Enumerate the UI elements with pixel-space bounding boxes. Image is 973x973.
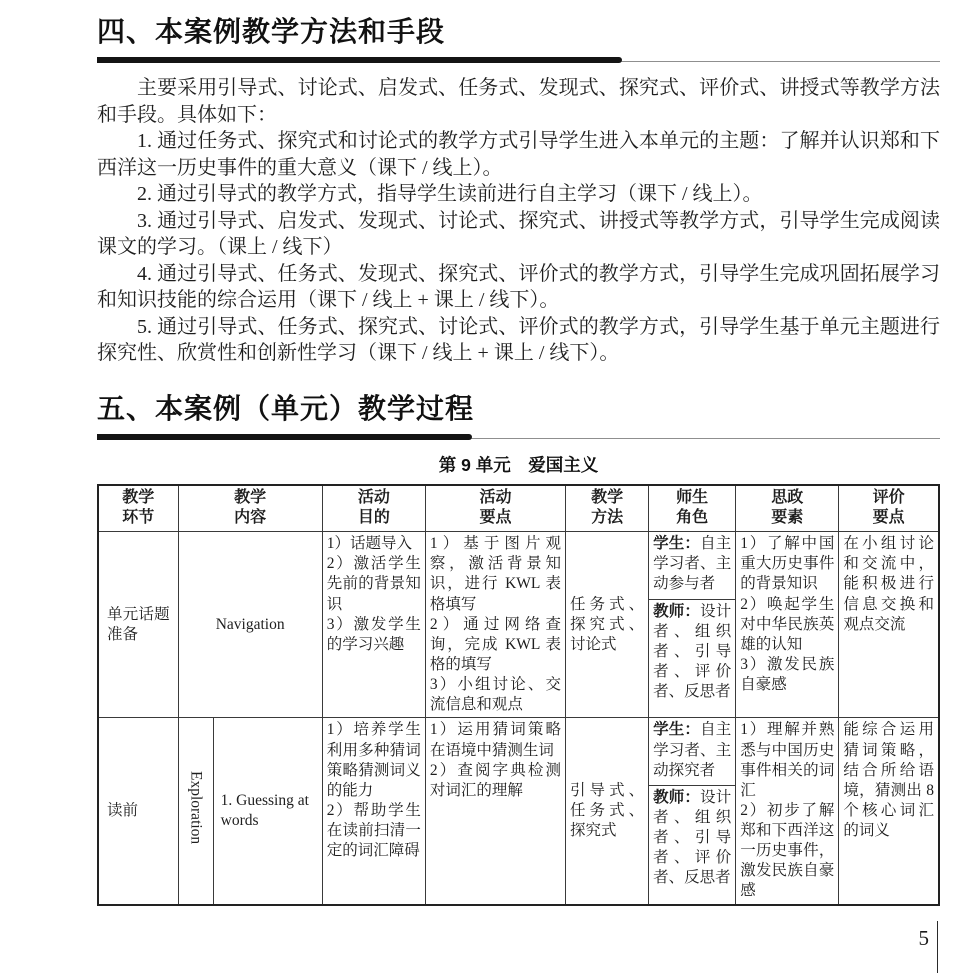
role-student: 学生：自主学习者、主动探究者	[649, 718, 735, 785]
cell-ideology: 1）了解中国重大历史事件的背景知识 2）唤起学生对中华民族英雄的认知 3）激发民…	[736, 532, 839, 718]
cell-methods: 引导式、任务式、探究式	[566, 718, 649, 905]
header-stage: 教学 环节	[98, 485, 178, 532]
document-page: 四、本案例教学方法和手段 主要采用引导式、讨论式、启发式、任务式、发现式、探究式…	[0, 0, 973, 973]
cell-evaluation: 在小组讨论和交流中，能积极进行信息交换和观点交流	[839, 532, 939, 718]
page-number: 5	[919, 926, 930, 951]
header-methods: 教学 方法	[566, 485, 649, 532]
header-evaluation: 评价 要点	[839, 485, 939, 532]
cell-methods: 任务式、探究式、讨论式	[566, 532, 649, 718]
page-content: 四、本案例教学方法和手段 主要采用引导式、讨论式、启发式、任务式、发现式、探究式…	[97, 14, 940, 906]
section4-paragraph-intro: 主要采用引导式、讨论式、启发式、任务式、发现式、探究式、评价式、讲授式等教学方法…	[97, 75, 940, 128]
cell-stage: 单元话题准备	[98, 532, 178, 718]
cell-content: 1. Guessing at words	[213, 718, 322, 905]
role-student-label: 学生：	[653, 535, 700, 552]
cell-evaluation: 能综合运用猜词策略，结合所给语境，猜测出 8 个核心词汇的词义	[839, 718, 939, 905]
role-teacher-label: 教师：	[653, 789, 700, 806]
table-header-row: 教学 环节 教学 内容 活动 目的 活动 要点 教学 方法 师生 角色 思政 要…	[98, 485, 939, 532]
section4-paragraph-4: 4. 通过引导式、任务式、发现式、探究式、评价式的教学方式，引导学生完成巩固拓展…	[97, 261, 940, 314]
cell-purpose: 1）培养学生利用多种猜词策略猜测词义的能力 2）帮助学生在读前扫清一定的词汇障碍	[322, 718, 425, 905]
role-teacher-label: 教师：	[653, 603, 700, 620]
table-caption: 第 9 单元 爱国主义	[97, 452, 940, 477]
header-roles: 师生 角色	[649, 485, 736, 532]
title-underline-bar	[97, 57, 622, 63]
cell-purpose: 1）话题导入 2）激活学生先前的背景知识 3）激发学生的学习兴趣	[322, 532, 425, 718]
header-points: 活动 要点	[425, 485, 565, 532]
title-underline-bar	[97, 434, 472, 440]
cell-stage: 读前	[98, 718, 178, 905]
section4-paragraph-2: 2. 通过引导式的教学方式，指导学生读前进行自主学习（课下 / 线上）。	[97, 181, 940, 208]
section4-paragraph-3: 3. 通过引导式、启发式、发现式、讨论式、探究式、讲授式等教学方式，引导学生完成…	[97, 208, 940, 261]
table-row: 读前 Exploration 1. Guessing at words 1）培养…	[98, 718, 939, 905]
cell-roles: 学生：自主学习者、主动参与者 教师：设计者、组织者、引导者、评价者、反思者	[649, 532, 736, 718]
role-teacher: 教师：设计者、组织者、引导者、评价者、反思者	[649, 786, 735, 893]
page-number-rule	[937, 921, 938, 973]
role-student: 学生：自主学习者、主动参与者	[649, 532, 735, 599]
role-teacher: 教师：设计者、组织者、引导者、评价者、反思者	[649, 600, 735, 707]
section4-paragraph-1: 1. 通过任务式、探究式和讨论式的教学方式引导学生进入本单元的主题：了解并认识郑…	[97, 128, 940, 181]
cell-points: 1）运用猜词策略在语境中猜测生词 2）查阅字典检测对词汇的理解	[425, 718, 565, 905]
table-row: 单元话题准备 Navigation 1）话题导入 2）激活学生先前的背景知识 3…	[98, 532, 939, 718]
header-purpose: 活动 目的	[322, 485, 425, 532]
role-student-label: 学生：	[653, 721, 700, 738]
vertical-text: Exploration	[186, 771, 206, 844]
cell-roles: 学生：自主学习者、主动探究者 教师：设计者、组织者、引导者、评价者、反思者	[649, 718, 736, 905]
section4-title: 四、本案例教学方法和手段	[97, 14, 940, 50]
cell-ideology: 1）理解并熟悉与中国历史事件相关的词汇 2）初步了解郑和下西洋这一历史事件，激发…	[736, 718, 839, 905]
section4-paragraph-5: 5. 通过引导式、任务式、探究式、讨论式、评价式的教学方式，引导学生基于单元主题…	[97, 314, 940, 367]
header-ideology: 思政 要素	[736, 485, 839, 532]
section5-title-rule	[97, 434, 940, 440]
section4-title-rule	[97, 57, 940, 63]
cell-content-phase: Exploration	[178, 718, 213, 905]
header-content: 教学 内容	[178, 485, 322, 532]
cell-content: Navigation	[178, 532, 322, 718]
cell-points: 1）基于图片观察，激活背景知识，进行 KWL 表格填写 2）通过网络查询，完成 …	[425, 532, 565, 718]
teaching-process-table: 教学 环节 教学 内容 活动 目的 活动 要点 教学 方法 师生 角色 思政 要…	[97, 484, 940, 906]
section5-title: 五、本案例（单元）教学过程	[97, 391, 940, 427]
